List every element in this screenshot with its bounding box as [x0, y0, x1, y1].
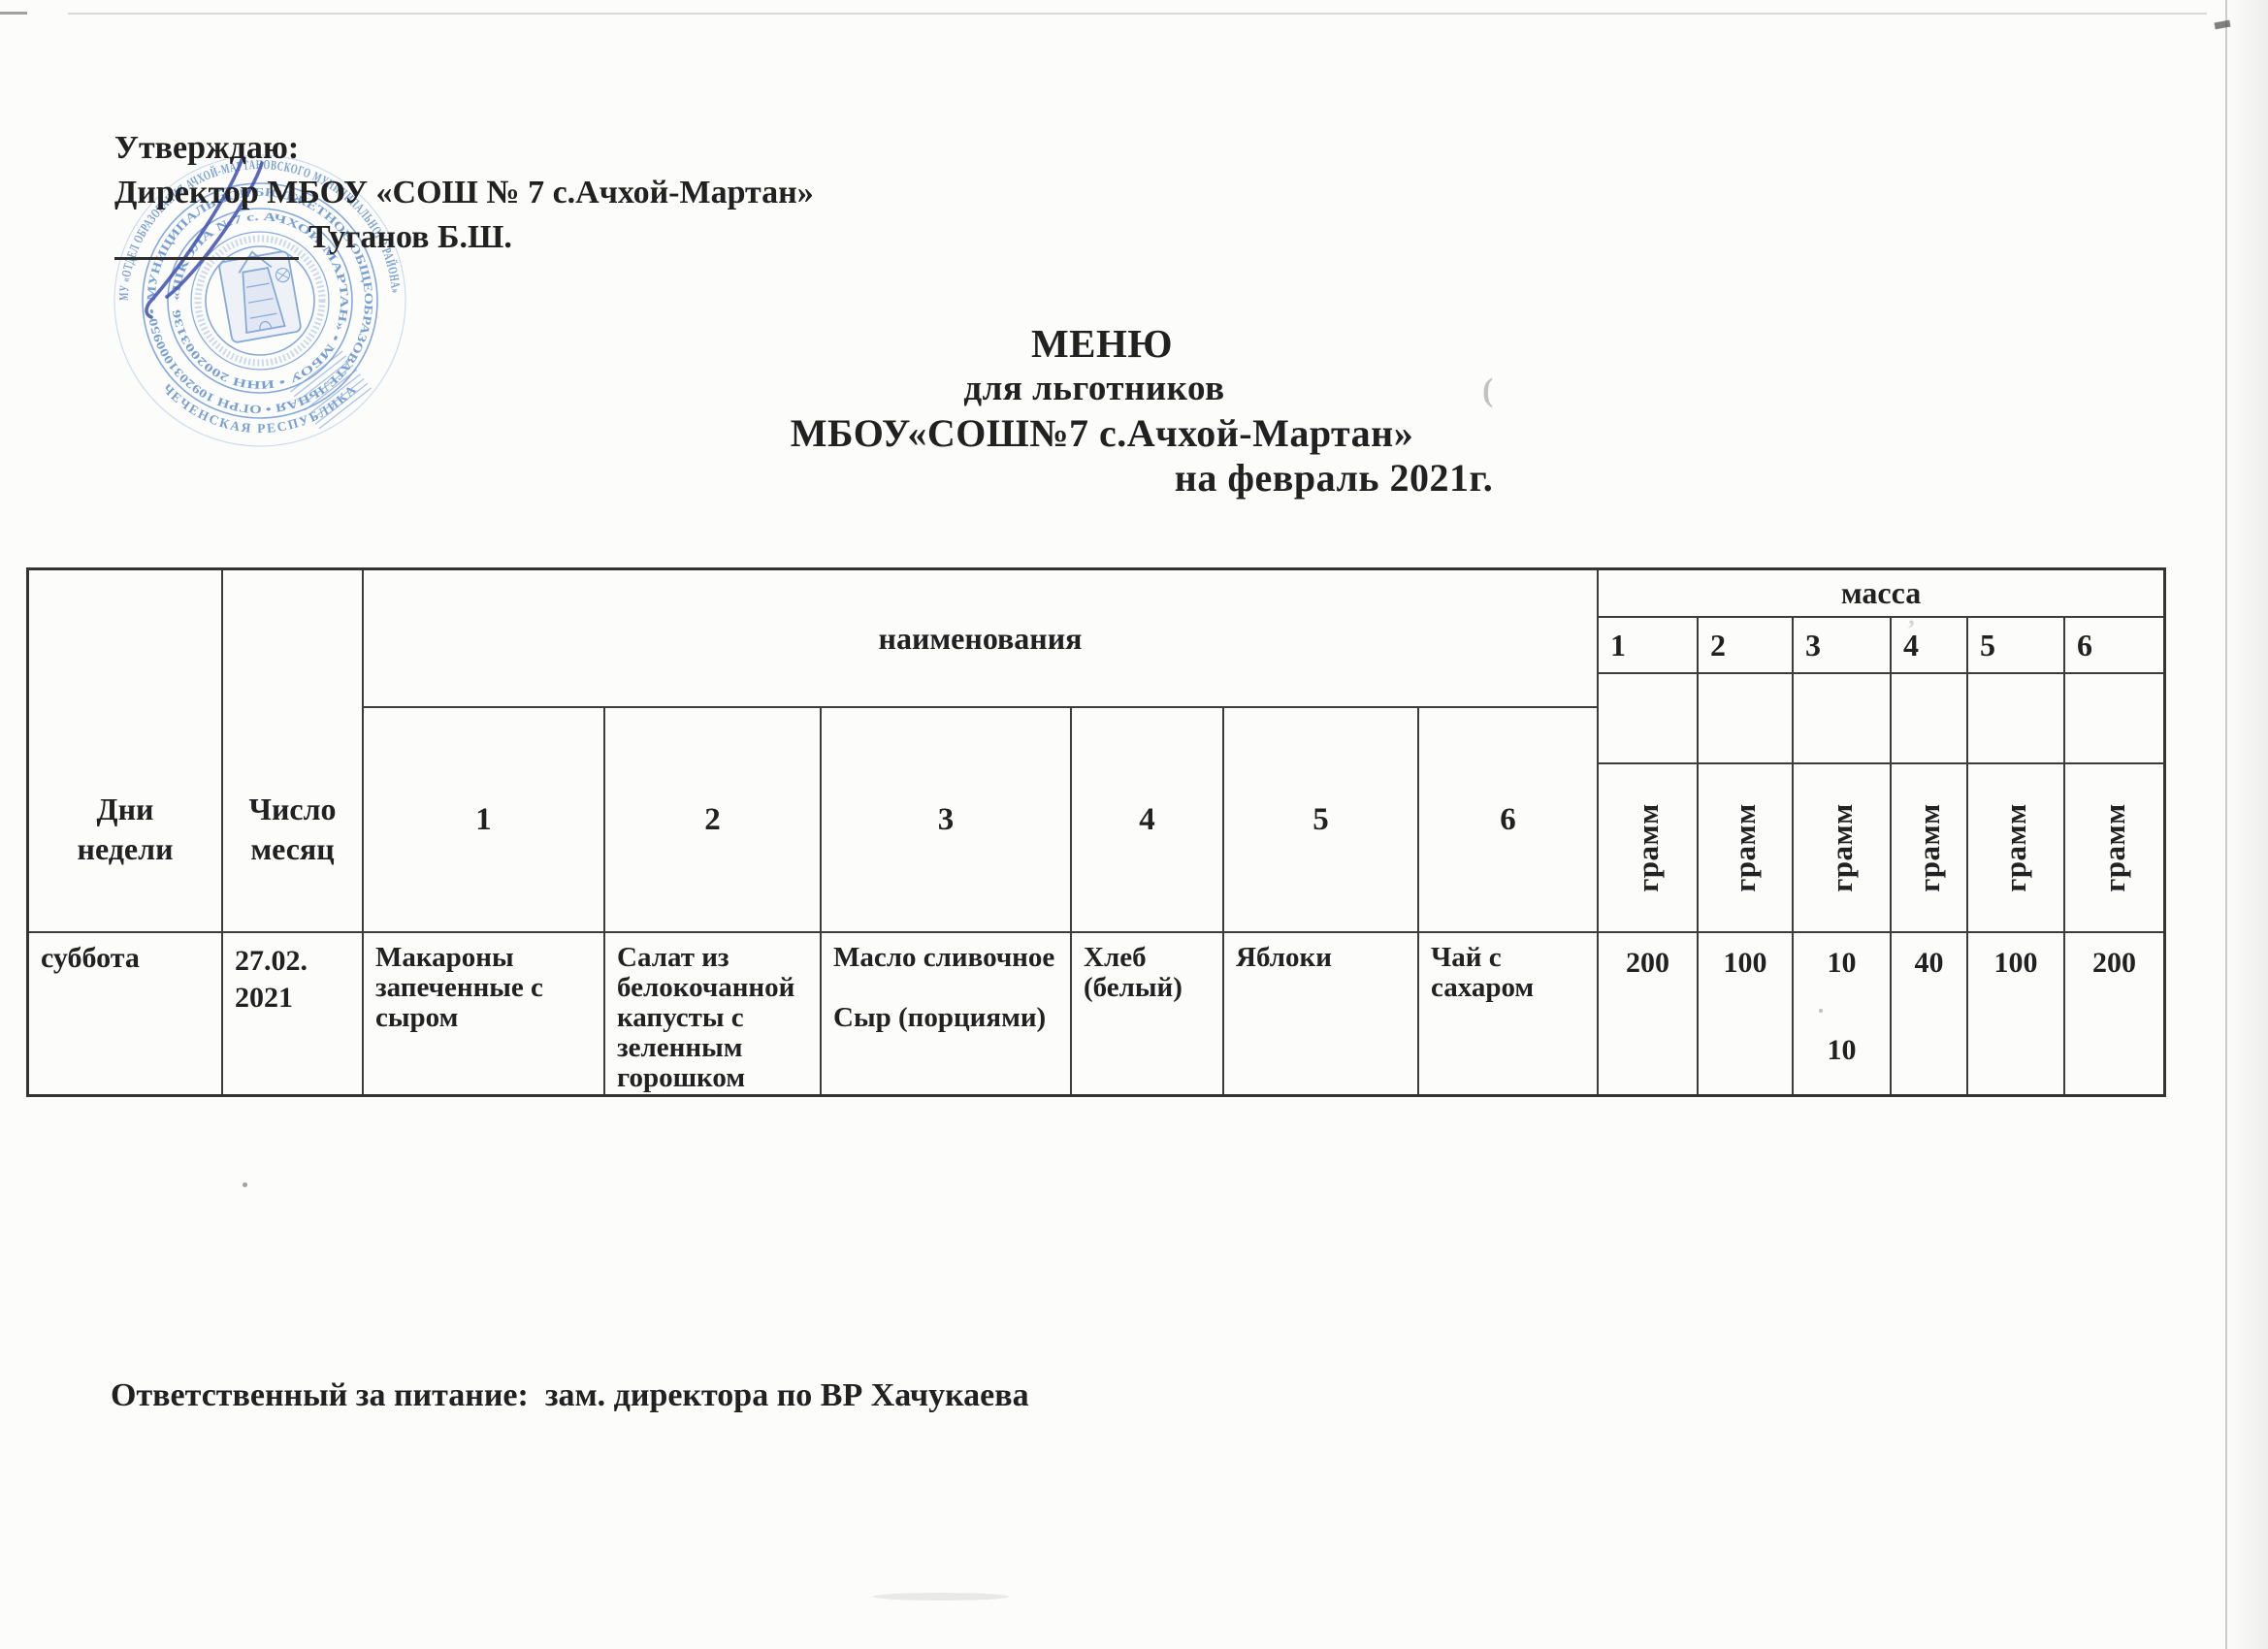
scan-edge-top-corner — [0, 12, 27, 15]
gram-unit-cell: грамм — [1699, 764, 1794, 933]
doc-period: на февраль 2021г. — [1140, 455, 1528, 501]
mass-col-number: 3 — [1794, 618, 1892, 674]
menu-item-cell: Чай с сахаром — [1419, 933, 1599, 1094]
mass-header-cell: масса — [1599, 570, 2163, 618]
scan-shadow-right — [2225, 0, 2268, 1649]
approval-line: Утверждаю: — [114, 126, 814, 171]
name-col-number: 2 — [605, 708, 822, 933]
scan-smudge — [873, 1593, 1009, 1600]
scan-speck — [243, 1182, 247, 1187]
mass-value-cell: 40 — [1892, 933, 1968, 1094]
mass-col-number: 2 — [1699, 618, 1794, 674]
mass-col-number: 5 — [1968, 618, 2065, 674]
mass-value-cell: 10 10 — [1794, 933, 1892, 1094]
approval-director-line: Директор МБОУ «СОШ № 7 с.Ачхой-Мартан» — [114, 171, 814, 215]
doc-subtitle: для льготников — [900, 368, 1288, 409]
empty-cell — [1968, 674, 2065, 764]
doc-title: МЕНЮ — [908, 320, 1296, 367]
scanned-menu-document: ( ’ МУ «ОТДЕЛ ОБРАЗОВАНИЯ АЧХОЙ-МАРТАНОВ… — [0, 0, 2268, 1649]
gram-unit-cell: грамм — [1599, 764, 1699, 933]
menu-item-cell: Яблоки — [1224, 933, 1419, 1094]
director-name: Туганов Б.Ш. — [308, 215, 512, 260]
gram-unit-cell: грамм — [2065, 764, 2163, 933]
name-col-number: 6 — [1419, 708, 1599, 933]
empty-cell — [1599, 674, 1699, 764]
mass-value-cell: 100 — [1968, 933, 2065, 1094]
signature-line — [114, 224, 299, 260]
mass-col-number: 6 — [2065, 618, 2163, 674]
mass-value-cell: 200 — [2065, 933, 2163, 1094]
menu-item-cell: Хлеб (белый) — [1072, 933, 1224, 1094]
date-cell: 27.02. 2021 — [223, 933, 364, 1094]
empty-cell — [1794, 674, 1892, 764]
name-col-number: 1 — [364, 708, 605, 933]
mass-value-cell: 200 — [1599, 933, 1699, 1094]
signature-row: Туганов Б.Ш. — [114, 215, 814, 260]
gram-unit-cell: грамм — [1968, 764, 2065, 933]
gram-unit-cell: грамм — [1892, 764, 1968, 933]
empty-cell — [1699, 674, 1794, 764]
doc-school-name: МБОУ«СОШ№7 с.Ачхой-Мартан» — [762, 410, 1442, 456]
mass-col-number: 1 — [1599, 618, 1699, 674]
name-col-number: 4 — [1072, 708, 1224, 933]
mass-col-number: 4 — [1892, 618, 1968, 674]
scan-artifact-paren: ( — [1482, 372, 1493, 409]
approval-block: Утверждаю: Директор МБОУ «СОШ № 7 с.Ачхо… — [114, 126, 814, 260]
menu-item-cell: Салат из белокочанной капусты с зеленным… — [605, 933, 822, 1094]
name-col-number: 3 — [822, 708, 1072, 933]
menu-table: Дни недели Число месяц наименования 1 2 … — [26, 567, 2166, 1097]
names-header-cell: наименования — [364, 570, 1599, 708]
name-col-number: 5 — [1224, 708, 1419, 933]
gram-unit-cell: грамм — [1794, 764, 1892, 933]
scan-edge-top — [68, 13, 2207, 15]
day-cell: суббота — [29, 933, 223, 1094]
responsible-person-note: Ответственный за питание: зам. директора… — [111, 1377, 1029, 1414]
menu-item-cell: Макароны запеченные с сыром — [364, 933, 605, 1094]
empty-cell — [2065, 674, 2163, 764]
date-header-cell: Число месяц — [223, 570, 364, 933]
days-header-cell: Дни недели — [29, 570, 223, 933]
empty-cell — [1892, 674, 1968, 764]
mass-value-cell: 100 — [1699, 933, 1794, 1094]
menu-item-cell: Масло сливочное Сыр (порциями) — [822, 933, 1072, 1094]
